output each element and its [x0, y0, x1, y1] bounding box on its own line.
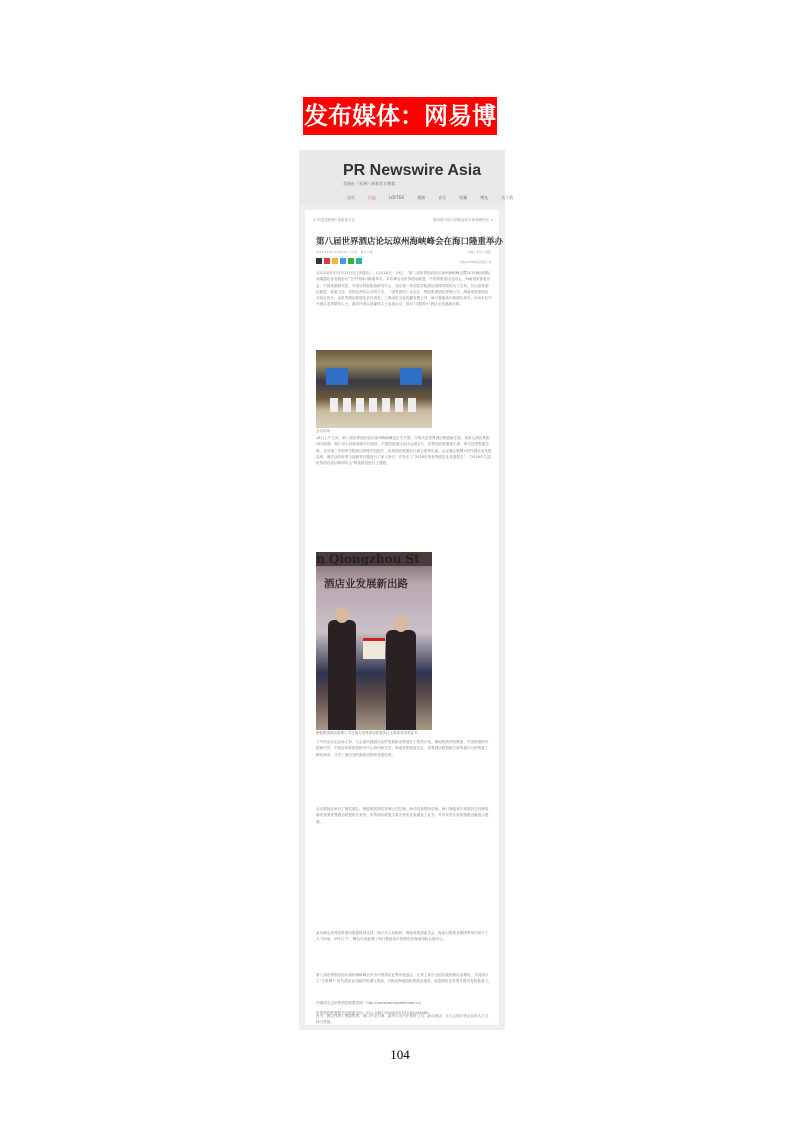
article-paragraph: 此次峰会获得世界酒店联盟特别支持，海口市人民政府、海南省旅游委员会、海南日报报业…	[316, 930, 492, 968]
nav-item-friends[interactable]: 博友	[480, 195, 488, 201]
article-paragraph: 北京2015年12月21日电 (美通社) -- 12月18日－19日，“第八届世…	[316, 270, 492, 346]
article-meta: 2015-12-21 21:53:21 | 分类： 默认分类	[316, 250, 373, 254]
backdrop-banner-text: n Qiongzhou St	[316, 552, 432, 566]
prev-article-link[interactable]: < 中国互联网+创新春节会	[313, 218, 355, 223]
nav-item-album[interactable]: 相册	[417, 195, 425, 201]
nav-item-lofter[interactable]: LOFTER	[389, 195, 404, 201]
nav-item-favorites[interactable]: 收藏	[459, 195, 467, 201]
certificate	[363, 638, 385, 659]
yixin-icon[interactable]	[356, 258, 362, 264]
page-number: 104	[0, 1047, 800, 1063]
blog-nav: 首页 日志 LOFTER 相册 音乐 收藏 博友 关于我	[347, 195, 513, 201]
article-paragraph: 下午的会议由会场主持，与会嘉宾就酒店业的发展新出路展开了热烈讨论，海南旅游学院教…	[316, 739, 492, 801]
conference-photo	[316, 350, 432, 428]
weibo-icon[interactable]	[324, 258, 330, 264]
website-link[interactable]: 详情请点击世界酒店联盟官网：http://www.worldwidehotel.…	[316, 1000, 492, 1006]
qzone-icon[interactable]	[332, 258, 338, 264]
projector-screen-left	[326, 368, 348, 385]
photo-caption: 会议现场	[316, 429, 330, 434]
article-pager: < 中国互联网+创新春节会 第四届中国大型商业综合体高峰论坛 >	[313, 218, 493, 223]
person-right	[386, 630, 416, 730]
award-photo: n Qiongzhou St 酒店业发展新出路	[316, 552, 432, 730]
blog-subtitle: 美通社（亚洲）网易官方博客	[343, 181, 395, 187]
tencent-icon[interactable]	[340, 258, 346, 264]
nav-item-log[interactable]: 日志	[368, 195, 376, 201]
wechat-icon[interactable]	[348, 258, 354, 264]
media-banner: 发布媒体：网易博客	[303, 97, 497, 135]
article-title: 第八届世界酒店论坛琼州海峡峰会在海口隆重举办	[316, 235, 503, 247]
nav-item-home[interactable]: 首页	[347, 195, 355, 201]
person-left-head	[335, 607, 349, 623]
backdrop-slogan: 酒店业发展新出路	[324, 576, 408, 591]
person-right-head	[394, 616, 408, 632]
share-bar	[316, 258, 362, 264]
photo-caption: 鲁能集团酒店管理公司总裁为世界酒店联盟执行主席颁发荣誉证书	[316, 731, 494, 736]
article: < 中国互联网+创新春节会 第四届中国大型商业综合体高峰论坛 > 第八届世界酒店…	[305, 210, 499, 1025]
article-paragraph: 18日上午九时，第八届世界酒店论坛琼州海峡峰会正式开幕，开幕式由世界酒店联盟副主…	[316, 435, 492, 547]
nav-item-music[interactable]: 音乐	[438, 195, 446, 201]
next-article-link[interactable]: 第四届中国大型商业综合体高峰论坛 >	[433, 218, 493, 223]
article-tools[interactable]: 订阅 | 字号 | 举报	[467, 250, 491, 254]
person-left	[328, 620, 356, 730]
contact-phone: 世界酒店联盟秘书处联系电话：021-33677028/029 010-85326…	[316, 1010, 492, 1016]
blog-title[interactable]: PR Newswire Asia	[343, 162, 481, 180]
chairs	[330, 398, 420, 412]
article-paragraph: 会议期间还举行了颁奖典礼，鲁能集团酒店管理公司总裁、海马投资集团总裁、海口鲁能希…	[316, 806, 492, 926]
photobook-link[interactable]: 下载LOFTER我的照片书	[459, 260, 491, 264]
blog-page-screenshot: PR Newswire Asia 美通社（亚洲）网易官方博客 首页 日志 LOF…	[299, 150, 505, 1030]
blog-header: PR Newswire Asia 美通社（亚洲）网易官方博客 首页 日志 LOF…	[299, 150, 505, 205]
lofter-icon[interactable]	[316, 258, 322, 264]
nav-item-about[interactable]: 关于我	[501, 195, 513, 201]
projector-screen-right	[400, 368, 422, 385]
